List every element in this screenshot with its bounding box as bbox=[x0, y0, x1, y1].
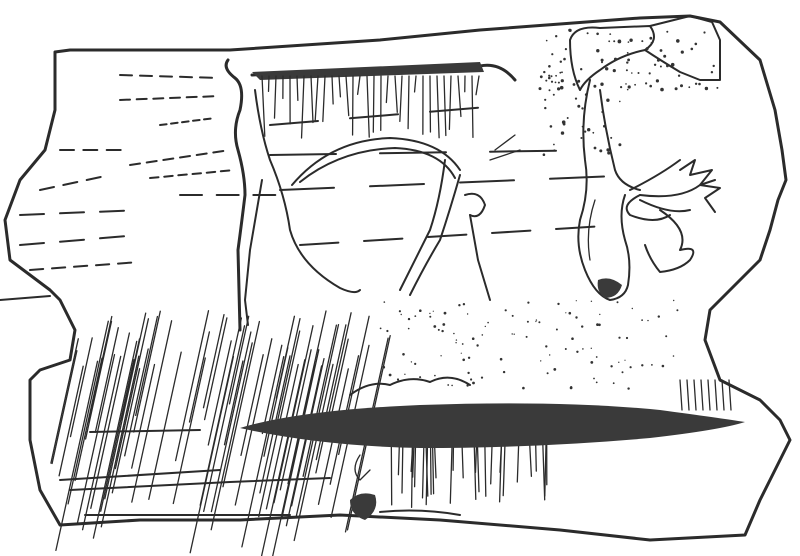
antlered-head bbox=[578, 80, 720, 300]
fragment-outline bbox=[0, 16, 790, 540]
engraving-illustration bbox=[0, 0, 800, 556]
